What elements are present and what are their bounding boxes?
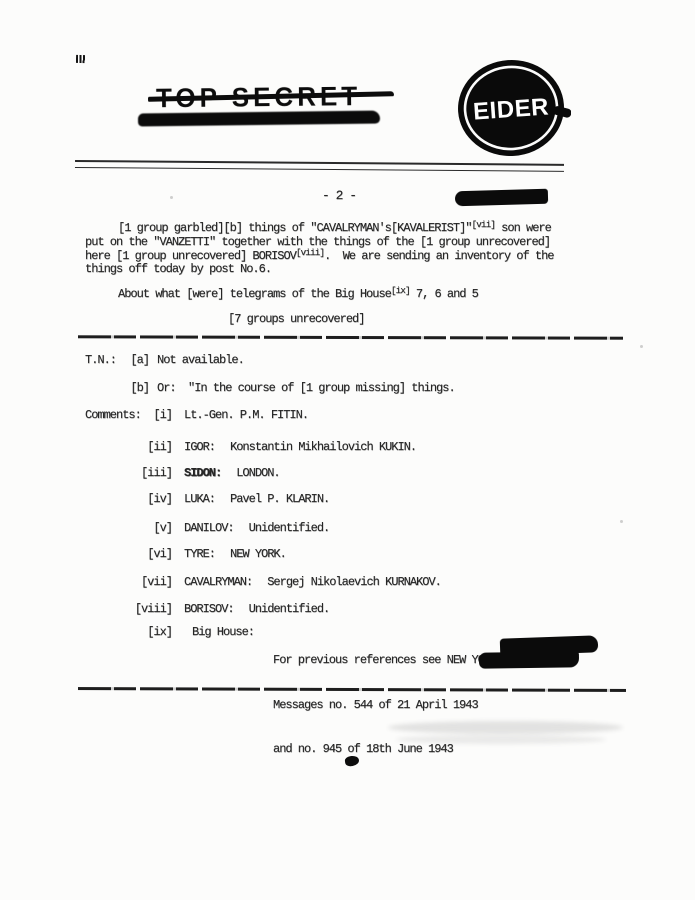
- ink-smudge: [396, 735, 606, 744]
- section-divider: [78, 335, 623, 339]
- comment-tag: [i]: [85, 408, 172, 422]
- footnote-ref: [ix]: [391, 284, 410, 298]
- comment-tag: [vi]: [85, 547, 172, 561]
- tn-item-tag: [a]: [127, 353, 149, 367]
- comment-tag: [ii]: [85, 440, 172, 454]
- comment-value: Sergej Nikolaevich KURNAKOV.: [267, 575, 441, 589]
- paragraph-text: . We are sending an inventory of the: [324, 249, 553, 263]
- comment-row: [v] DANILOV:Unidentified.: [85, 521, 645, 537]
- paragraph-text: here [1 group unrecovered] BORISOV: [85, 249, 296, 263]
- covername: DANILOV:: [184, 521, 234, 535]
- covername: SIDON:: [184, 466, 221, 480]
- paragraph-text: About what [were] telegrams of the Big H…: [118, 287, 391, 301]
- paragraph-text: [1 group garbled][b] things of "CAVALRYM…: [118, 221, 471, 235]
- covername: Big House:: [192, 625, 254, 639]
- comment-text: CAVALRYMAN:Sergej Nikolaevich KURNAKOV.: [184, 575, 441, 589]
- ink-smear-mark: [138, 111, 380, 127]
- footnote-ref: [viii]: [296, 246, 324, 260]
- redaction-bar: [479, 651, 579, 668]
- corner-ink-mark: [76, 55, 85, 63]
- comment-text: TYRE:NEW YORK.: [184, 547, 286, 561]
- tn-item-text: Not available.: [157, 353, 244, 367]
- comment-text: Lt.-Gen. P.M. FITIN.: [184, 408, 308, 422]
- paragraph-line: [1 group garbled][b] things of "CAVALRYM…: [118, 221, 551, 236]
- covername: TYRE:: [184, 547, 215, 561]
- comment-row: [vi] TYRE:NEW YORK.: [85, 547, 645, 563]
- tn-row: [b] Or: "In the course of [1 group missi…: [85, 381, 645, 397]
- comment-value: NEW YORK.: [230, 547, 286, 561]
- comment-value: LONDON.: [236, 466, 279, 480]
- covername: BORISOV:: [184, 602, 234, 616]
- unrecovered-groups-line: [7 groups unrecovered]: [228, 312, 364, 326]
- ink-smudge: [388, 721, 623, 734]
- covername: LUKA:: [184, 492, 215, 506]
- paragraph-line: things off today by post No.6.: [85, 262, 271, 276]
- tn-row: T.N.: [a] Not available.: [85, 353, 645, 369]
- top-secret-stamp: TOP SECRET: [148, 82, 398, 134]
- page-number: - 2 -: [322, 189, 356, 203]
- comment-row: [ii] IGOR:Konstantin Mikhailovich KUKIN.: [85, 440, 645, 456]
- comment-tag: [iii]: [85, 466, 172, 480]
- comment-text: BORISOV:Unidentified.: [184, 602, 329, 616]
- footnote-ref: [vii]: [471, 218, 495, 232]
- comment-tag: [iv]: [85, 492, 172, 506]
- comment-text-line: Messages no. 544 of 21 April 1943: [273, 698, 552, 715]
- comment-text: SIDON:LONDON.: [184, 466, 280, 480]
- comment-row: [iv] LUKA:Pavel P. KLARIN.: [85, 492, 645, 508]
- tn-label: T.N.:: [85, 353, 116, 367]
- comment-row: [viii] BORISOV:Unidentified.: [85, 602, 645, 618]
- eider-stamp: EIDER: [455, 58, 571, 162]
- comment-row: [iii] SIDON:LONDON.: [85, 466, 645, 482]
- eider-stamp-icon: EIDER: [455, 58, 571, 162]
- scan-speck: [620, 520, 623, 523]
- comment-tag: [viii]: [85, 602, 172, 616]
- comment-text-line: and no. 945 of 18th June 1943: [273, 742, 552, 759]
- comment-value: Lt.-Gen. P.M. FITIN.: [184, 408, 308, 422]
- scan-speck: [170, 196, 173, 199]
- tn-item-text: Or: "In the course of [1 group missing] …: [157, 381, 455, 395]
- svg-text:EIDER: EIDER: [472, 93, 550, 125]
- comment-text: LUKA:Pavel P. KLARIN.: [184, 492, 329, 506]
- comment-value: Pavel P. KLARIN.: [230, 492, 329, 506]
- comment-tag: [vii]: [85, 575, 172, 589]
- comment-row: Comments: [i] Lt.-Gen. P.M. FITIN.: [85, 408, 645, 424]
- paragraph-line: About what [were] telegrams of the Big H…: [118, 287, 478, 302]
- document-page: TOP SECRET EIDER - 2 - [1 group garbled]…: [0, 0, 695, 900]
- comment-value: Konstantin Mikhailovich KUKIN.: [230, 440, 416, 454]
- comment-tag: [ix]: [85, 625, 172, 639]
- covername: IGOR:: [184, 440, 215, 454]
- covername: CAVALRYMAN:: [184, 575, 252, 589]
- comment-row: [vii] CAVALRYMAN:Sergej Nikolaevich KURN…: [85, 575, 645, 591]
- comment-value: Unidentified.: [249, 602, 330, 616]
- paragraph-text: son were: [495, 221, 551, 235]
- comment-text: IGOR:Konstantin Mikhailovich KUKIN.: [184, 440, 416, 454]
- redaction-bar: [455, 189, 548, 207]
- tn-item-tag: [b]: [127, 381, 149, 395]
- paragraph-text: 7, 6 and 5: [410, 287, 478, 301]
- comment-text: DANILOV:Unidentified.: [184, 521, 329, 535]
- scan-speck: [640, 345, 643, 348]
- comment-value: Unidentified.: [249, 521, 330, 535]
- comment-tag: [v]: [85, 521, 172, 535]
